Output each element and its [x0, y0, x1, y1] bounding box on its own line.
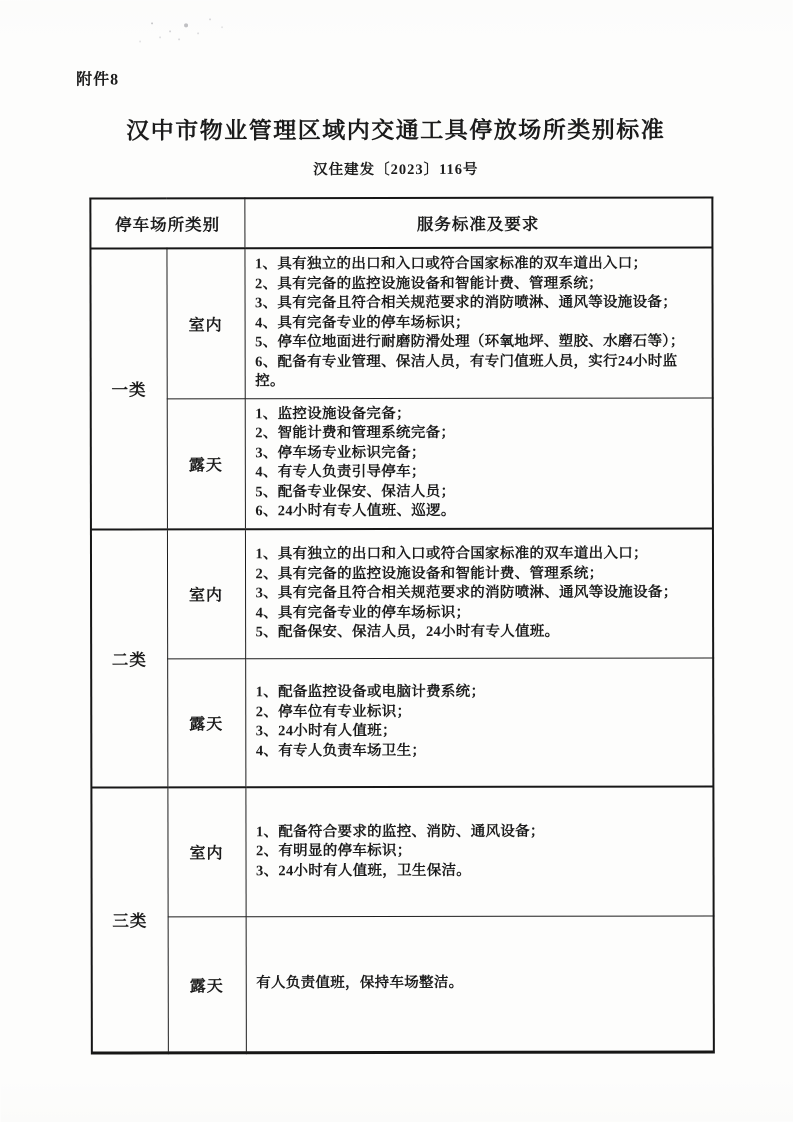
standards-table: 停车场所类别 服务标准及要求 一类 室内 1、具有独立的出口和入口或符合国家标准… — [89, 196, 714, 1054]
attachment-label: 附件8 — [76, 66, 119, 89]
location-cell-class2-indoor: 室内 — [167, 529, 245, 659]
location-cell-class2-outdoor: 露天 — [167, 659, 245, 787]
standards-cell-class1-outdoor: 1、监控设施设备完备； 2、智能计费和管理系统完备； 3、停车场专业标识完备； … — [245, 397, 713, 528]
category-cell-class3: 三类 — [91, 787, 167, 1053]
header-cell-category: 停车场所类别 — [90, 198, 244, 248]
header-cell-standards: 服务标准及要求 — [244, 197, 712, 248]
table-row-class1-outdoor: 露天 1、监控设施设备完备； 2、智能计费和管理系统完备； 3、停车场专业标识完… — [91, 397, 713, 529]
standards-text-class1-indoor: 1、具有独立的出口和入口或符合国家标准的双车道出入口； 2、具有完备的监控设施设… — [255, 254, 704, 391]
category-cell-class2: 二类 — [91, 529, 167, 787]
standards-text-class2-outdoor: 1、配备监控设备或电脑计费系统； 2、停车位有专业标识； 3、24小时有人值班；… — [256, 683, 705, 762]
document-page: 附件8 汉中市物业管理区域内交通工具停放场所类别标准 汉住建发〔2023〕116… — [0, 0, 793, 1122]
standards-text-class2-indoor: 1、具有独立的出口和入口或符合国家标准的双车道出入口； 2、具有完备的监控设施设… — [255, 544, 704, 642]
location-cell-class3-indoor: 室内 — [167, 787, 245, 917]
category-cell-class1: 一类 — [90, 248, 166, 529]
location-cell-class1-outdoor: 露天 — [167, 398, 245, 529]
standards-cell-class3-indoor: 1、配备符合要求的监控、消防、通风设备； 2、有明显的停车标识； 3、24小时有… — [245, 786, 713, 917]
location-cell-class3-outdoor: 露天 — [168, 917, 246, 1053]
document-number: 汉住建发〔2023〕116号 — [0, 157, 792, 179]
table-row-class2-indoor: 二类 室内 1、具有独立的出口和入口或符合国家标准的双车道出入口； 2、具有完备… — [91, 528, 713, 659]
standards-text-class1-outdoor: 1、监控设施设备完备； 2、智能计费和管理系统完备； 3、停车场专业标识完备； … — [255, 404, 704, 522]
scan-noise-speckles — [151, 22, 153, 24]
document-title: 汉中市物业管理区域内交通工具停放场所类别标准 — [0, 111, 792, 145]
table-row-class2-outdoor: 露天 1、配备监控设备或电脑计费系统； 2、停车位有专业标识； 3、24小时有人… — [91, 658, 713, 787]
table-row-class3-indoor: 三类 室内 1、配备符合要求的监控、消防、通风设备； 2、有明显的停车标识； 3… — [91, 786, 713, 917]
location-cell-class1-indoor: 室内 — [166, 248, 244, 398]
standards-text-class3-indoor: 1、配备符合要求的监控、消防、通风设备； 2、有明显的停车标识； 3、24小时有… — [256, 822, 705, 881]
standards-cell-class3-outdoor: 有人负责值班，保持车场整洁。 — [246, 916, 714, 1053]
table-header-row: 停车场所类别 服务标准及要求 — [90, 197, 712, 248]
standards-cell-class1-indoor: 1、具有独立的出口和入口或符合国家标准的双车道出入口； 2、具有完备的监控设施设… — [244, 247, 712, 398]
table-row-class3-outdoor: 露天 有人负责值班，保持车场整洁。 — [92, 916, 714, 1053]
standards-cell-class2-indoor: 1、具有独立的出口和入口或符合国家标准的双车道出入口； 2、具有完备的监控设施设… — [245, 528, 713, 659]
standards-cell-class2-outdoor: 1、配备监控设备或电脑计费系统； 2、停车位有专业标识； 3、24小时有人值班；… — [245, 658, 713, 787]
standards-text-class3-outdoor: 有人负责值班，保持车场整洁。 — [256, 974, 705, 994]
table-row-class1-indoor: 一类 室内 1、具有独立的出口和入口或符合国家标准的双车道出入口； 2、具有完备… — [90, 247, 712, 398]
